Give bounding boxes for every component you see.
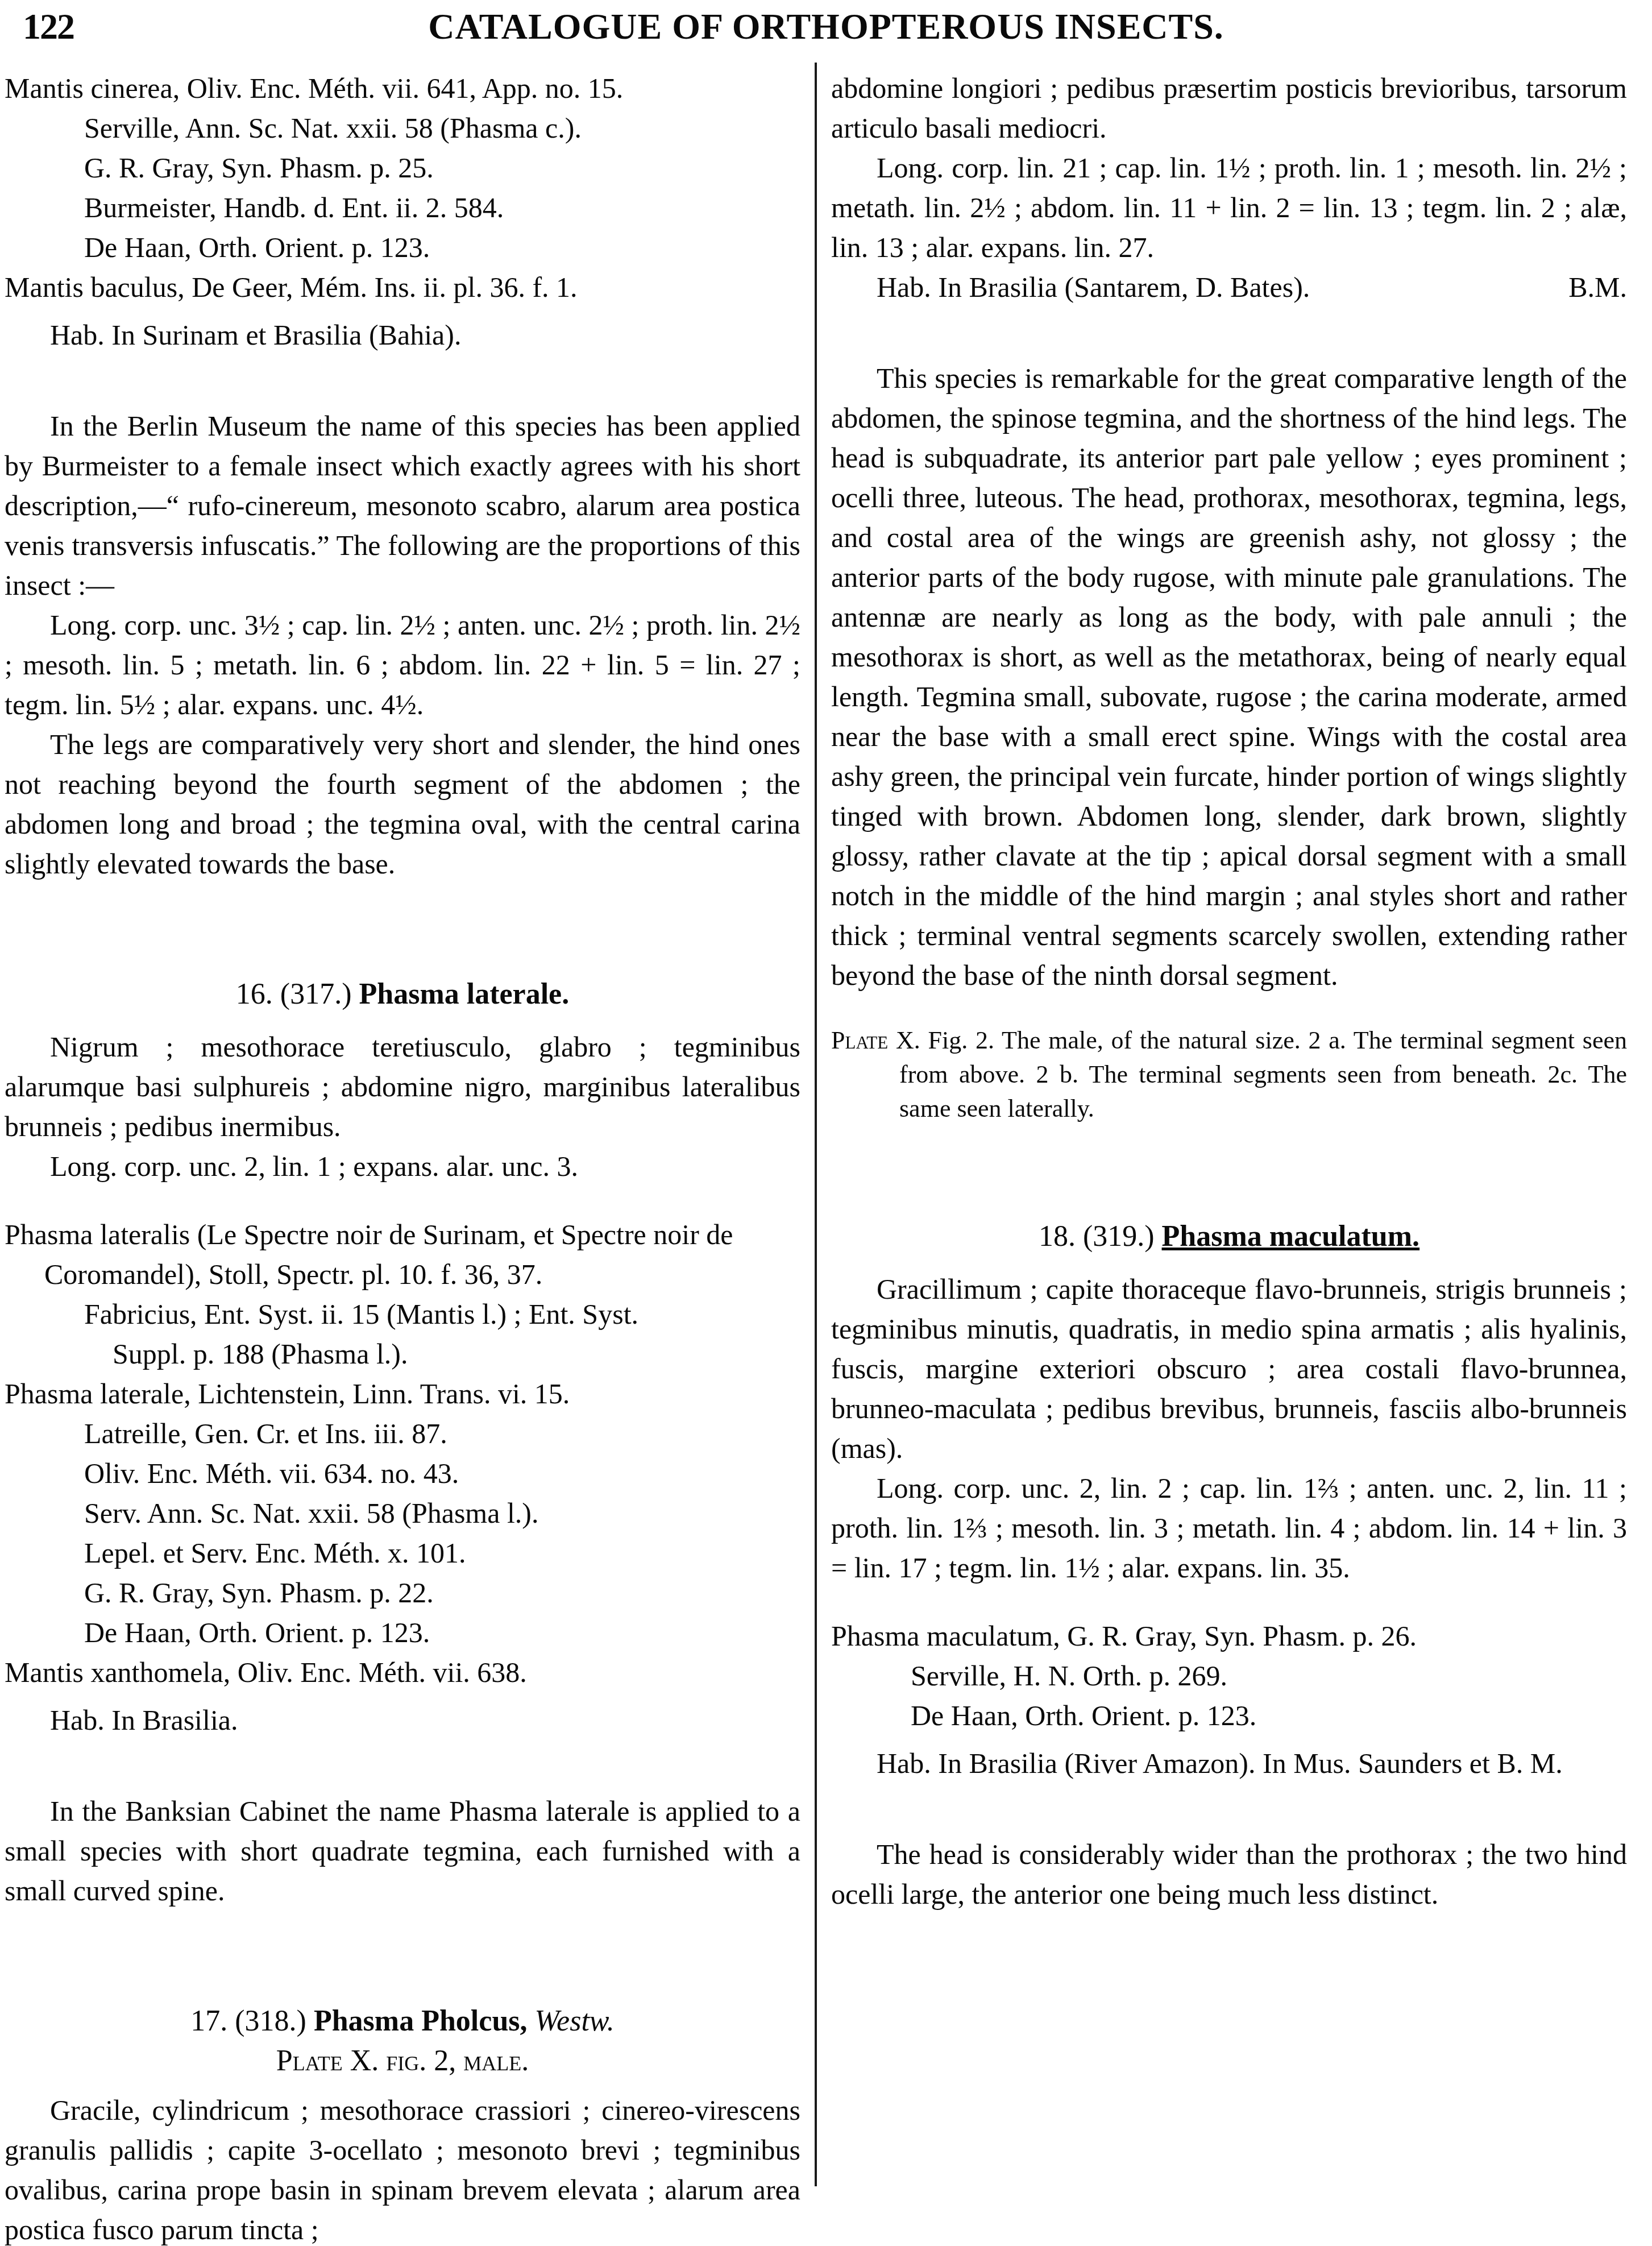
habitat-line: Hab. In Surinam et Brasilia (Bahia). [5,315,800,355]
synonymy-list-16: Phasma lateralis (Le Spectre noir de Sur… [5,1215,800,1692]
paragraph-legs: The legs are comparatively very short an… [5,724,800,884]
reference-line: Oliv. Enc. Méth. vii. 634. no. 43. [5,1453,800,1493]
right-column: abdomine longiori ; pedibus præsertim po… [831,68,1627,1914]
column-divider [815,63,817,2186]
diagnosis-paragraph: Nigrum ; mesothorace teretiusculo, glabr… [5,1027,800,1146]
paragraph-berlin-museum: In the Berlin Museum the name of this sp… [5,406,800,605]
habitat-line: Hab. In Brasilia (Santarem, D. Bates). B… [831,267,1627,307]
reference-line: De Haan, Orth. Orient. p. 123. [5,1613,800,1652]
species-heading-17: 17. (318.) Phasma Pholcus, Westw. [5,2001,800,2041]
reference-line: De Haan, Orth. Orient. p. 123. [5,227,800,267]
collection-tag: B.M. [1568,267,1627,307]
reference-line: Latreille, Gen. Cr. et Ins. iii. 87. [5,1414,800,1453]
diagnosis-paragraph: Gracile, cylindricum ; mesothorace crass… [5,2090,800,2246]
reference-line: Mantis xanthomela, Oliv. Enc. Méth. vii.… [5,1652,800,1692]
reference-line: De Haan, Orth. Orient. p. 123. [831,1696,1627,1735]
paragraph-banksian-cabinet: In the Banksian Cabinet the name Phasma … [5,1791,800,1911]
diagnosis-continuation: abdomine longiori ; pedibus præsertim po… [831,68,1627,148]
habitat-line: Hab. In Brasilia. [5,1700,800,1740]
habitat-text: Hab. In Brasilia (Santarem, D. Bates). [877,271,1310,303]
reference-text: Phasma lateralis (Le Spectre noir de Sur… [5,1219,733,1290]
measurements-paragraph: Long. corp. unc. 2, lin. 1 ; expans. ala… [5,1146,800,1186]
synonymy-list-18: Phasma maculatum, G. R. Gray, Syn. Phasm… [831,1616,1627,1735]
measurements-paragraph: Long. corp. unc. 3½ ; cap. lin. 2½ ; ant… [5,605,800,724]
reference-line: Mantis baculus, De Geer, Mém. Ins. ii. p… [5,267,800,307]
plate-caption: Plate X. Fig. 2. The male, of the natura… [831,1023,1627,1126]
species-heading-18: 18. (319.) Phasma maculatum. [831,1217,1627,1257]
synonymy-list-15: Mantis cinerea, Oliv. Enc. Méth. vii. 64… [5,68,800,307]
habitat-line: Hab. In Brasilia (River Amazon). In Mus.… [831,1743,1627,1783]
reference-line: Phasma laterale, Lichtenstein, Linn. Tra… [5,1374,800,1414]
reference-line: Lepel. et Serv. Enc. Méth. x. 101. [5,1533,800,1573]
reference-line: Phasma maculatum, G. R. Gray, Syn. Phasm… [831,1616,1627,1656]
reference-line: Serv. Ann. Sc. Nat. xxii. 58 (Phasma l.)… [5,1493,800,1533]
left-column: Mantis cinerea, Oliv. Enc. Méth. vii. 64… [5,68,800,2246]
species-name: Phasma maculatum. [1162,1220,1420,1253]
diagnosis-paragraph: Gracillimum ; capite thoraceque flavo-br… [831,1269,1627,1468]
reference-line: Burmeister, Handb. d. Ent. ii. 2. 584. [5,188,800,227]
species-author: Westw. [535,2005,615,2037]
species-number: 17. (318.) [190,2005,306,2037]
species-name: Phasma Pholcus, [314,2005,528,2037]
running-title: CATALOGUE OF ORTHOPTEROUS INSECTS. [23,6,1629,48]
page-header: 122 CATALOGUE OF ORTHOPTEROUS INSECTS. [23,6,1629,57]
reference-line: Serville, Ann. Sc. Nat. xxii. 58 (Phasma… [5,108,800,148]
paragraph-remarkable: This species is remarkable for the great… [831,358,1627,995]
species-number: 16. (317.) [236,978,352,1010]
paragraph-head: The head is considerably wider than the … [831,1834,1627,1914]
reference-line: Phasma lateralis (Le Spectre noir de Sur… [5,1215,800,1294]
reference-line: Suppl. p. 188 (Phasma l.). [5,1334,800,1374]
plate-caption-text: Fig. 2. The male, of the natural size. 2… [899,1026,1627,1122]
reference-line: Fabricius, Ent. Syst. ii. 15 (Mantis l.)… [5,1294,800,1334]
species-heading-16: 16. (317.) Phasma laterale. [5,975,800,1014]
reference-line: Mantis cinerea, Oliv. Enc. Méth. vii. 64… [5,68,800,108]
reference-line: G. R. Gray, Syn. Phasm. p. 22. [5,1573,800,1613]
species-name: Phasma laterale. [359,978,569,1010]
measurements-paragraph: Long. corp. unc. 2, lin. 2 ; cap. lin. 1… [831,1468,1627,1588]
reference-line: Serville, H. N. Orth. p. 269. [831,1656,1627,1696]
plate-reference: Plate X. fig. 2, male. [5,2041,800,2081]
reference-line: G. R. Gray, Syn. Phasm. p. 25. [5,148,800,188]
species-number: 18. (319.) [1039,1220,1155,1253]
measurements-paragraph: Long. corp. lin. 21 ; cap. lin. 1½ ; pro… [831,148,1627,267]
plate-label: Plate X. [831,1026,920,1054]
